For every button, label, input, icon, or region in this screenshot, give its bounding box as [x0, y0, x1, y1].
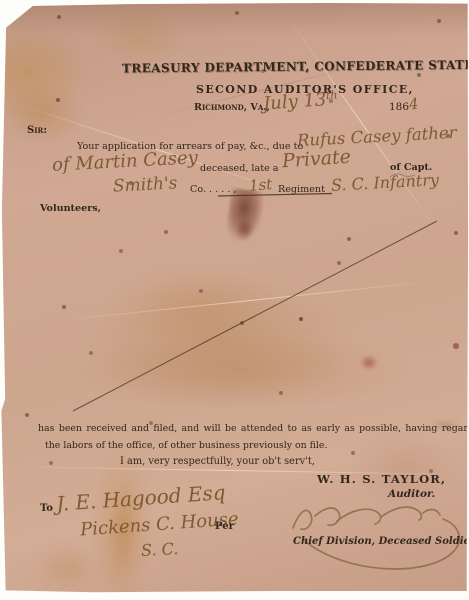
document-scan: TREASURY DEPARTMENT, CONFEDERATE STATES.…	[0, 0, 469, 600]
addressee-state-handwritten: S. C.	[141, 539, 179, 560]
regiment-number-handwritten: 1st	[248, 175, 273, 195]
co-label-printed: Co. . . . . ,	[190, 184, 237, 195]
chief-division-title: Chief Division, Deceased Soldiers.	[293, 536, 469, 547]
volunteers-printed: Volunteers,	[40, 203, 101, 214]
closing-paragraph-line1: has been received and filed, and will be…	[38, 423, 469, 434]
auditor-name: W. H. S. TAYLOR,	[317, 472, 446, 486]
valediction: I am, very respectfully, your ob't serv'…	[120, 456, 315, 467]
regiment-label-printed: Regiment	[278, 184, 325, 195]
closing-paragraph-line2: the labors of the office, of other busin…	[45, 440, 327, 451]
salutation: Sir:	[27, 125, 47, 136]
auditor-title: Auditor.	[388, 488, 435, 500]
date-suffix: th	[326, 88, 338, 102]
per-label: Per	[215, 521, 234, 532]
year-printed: 186	[389, 101, 409, 113]
letterhead-title: TREASURY DEPARTMENT, CONFEDERATE STATES.	[122, 59, 408, 76]
foxing-specks	[0, 0, 2, 2]
dateline-place: Richmond, Va.,	[194, 102, 270, 113]
paper: TREASURY DEPARTMENT, CONFEDERATE STATES.…	[0, 0, 469, 600]
date-day: July 13	[262, 89, 327, 114]
year-handwritten: 4	[408, 95, 419, 114]
diagonal-pen-line	[73, 221, 437, 411]
to-label: To	[40, 503, 53, 514]
deceased-late-a-printed: deceased, late a	[200, 163, 279, 174]
company-captain-handwritten: Smith's	[113, 173, 178, 196]
